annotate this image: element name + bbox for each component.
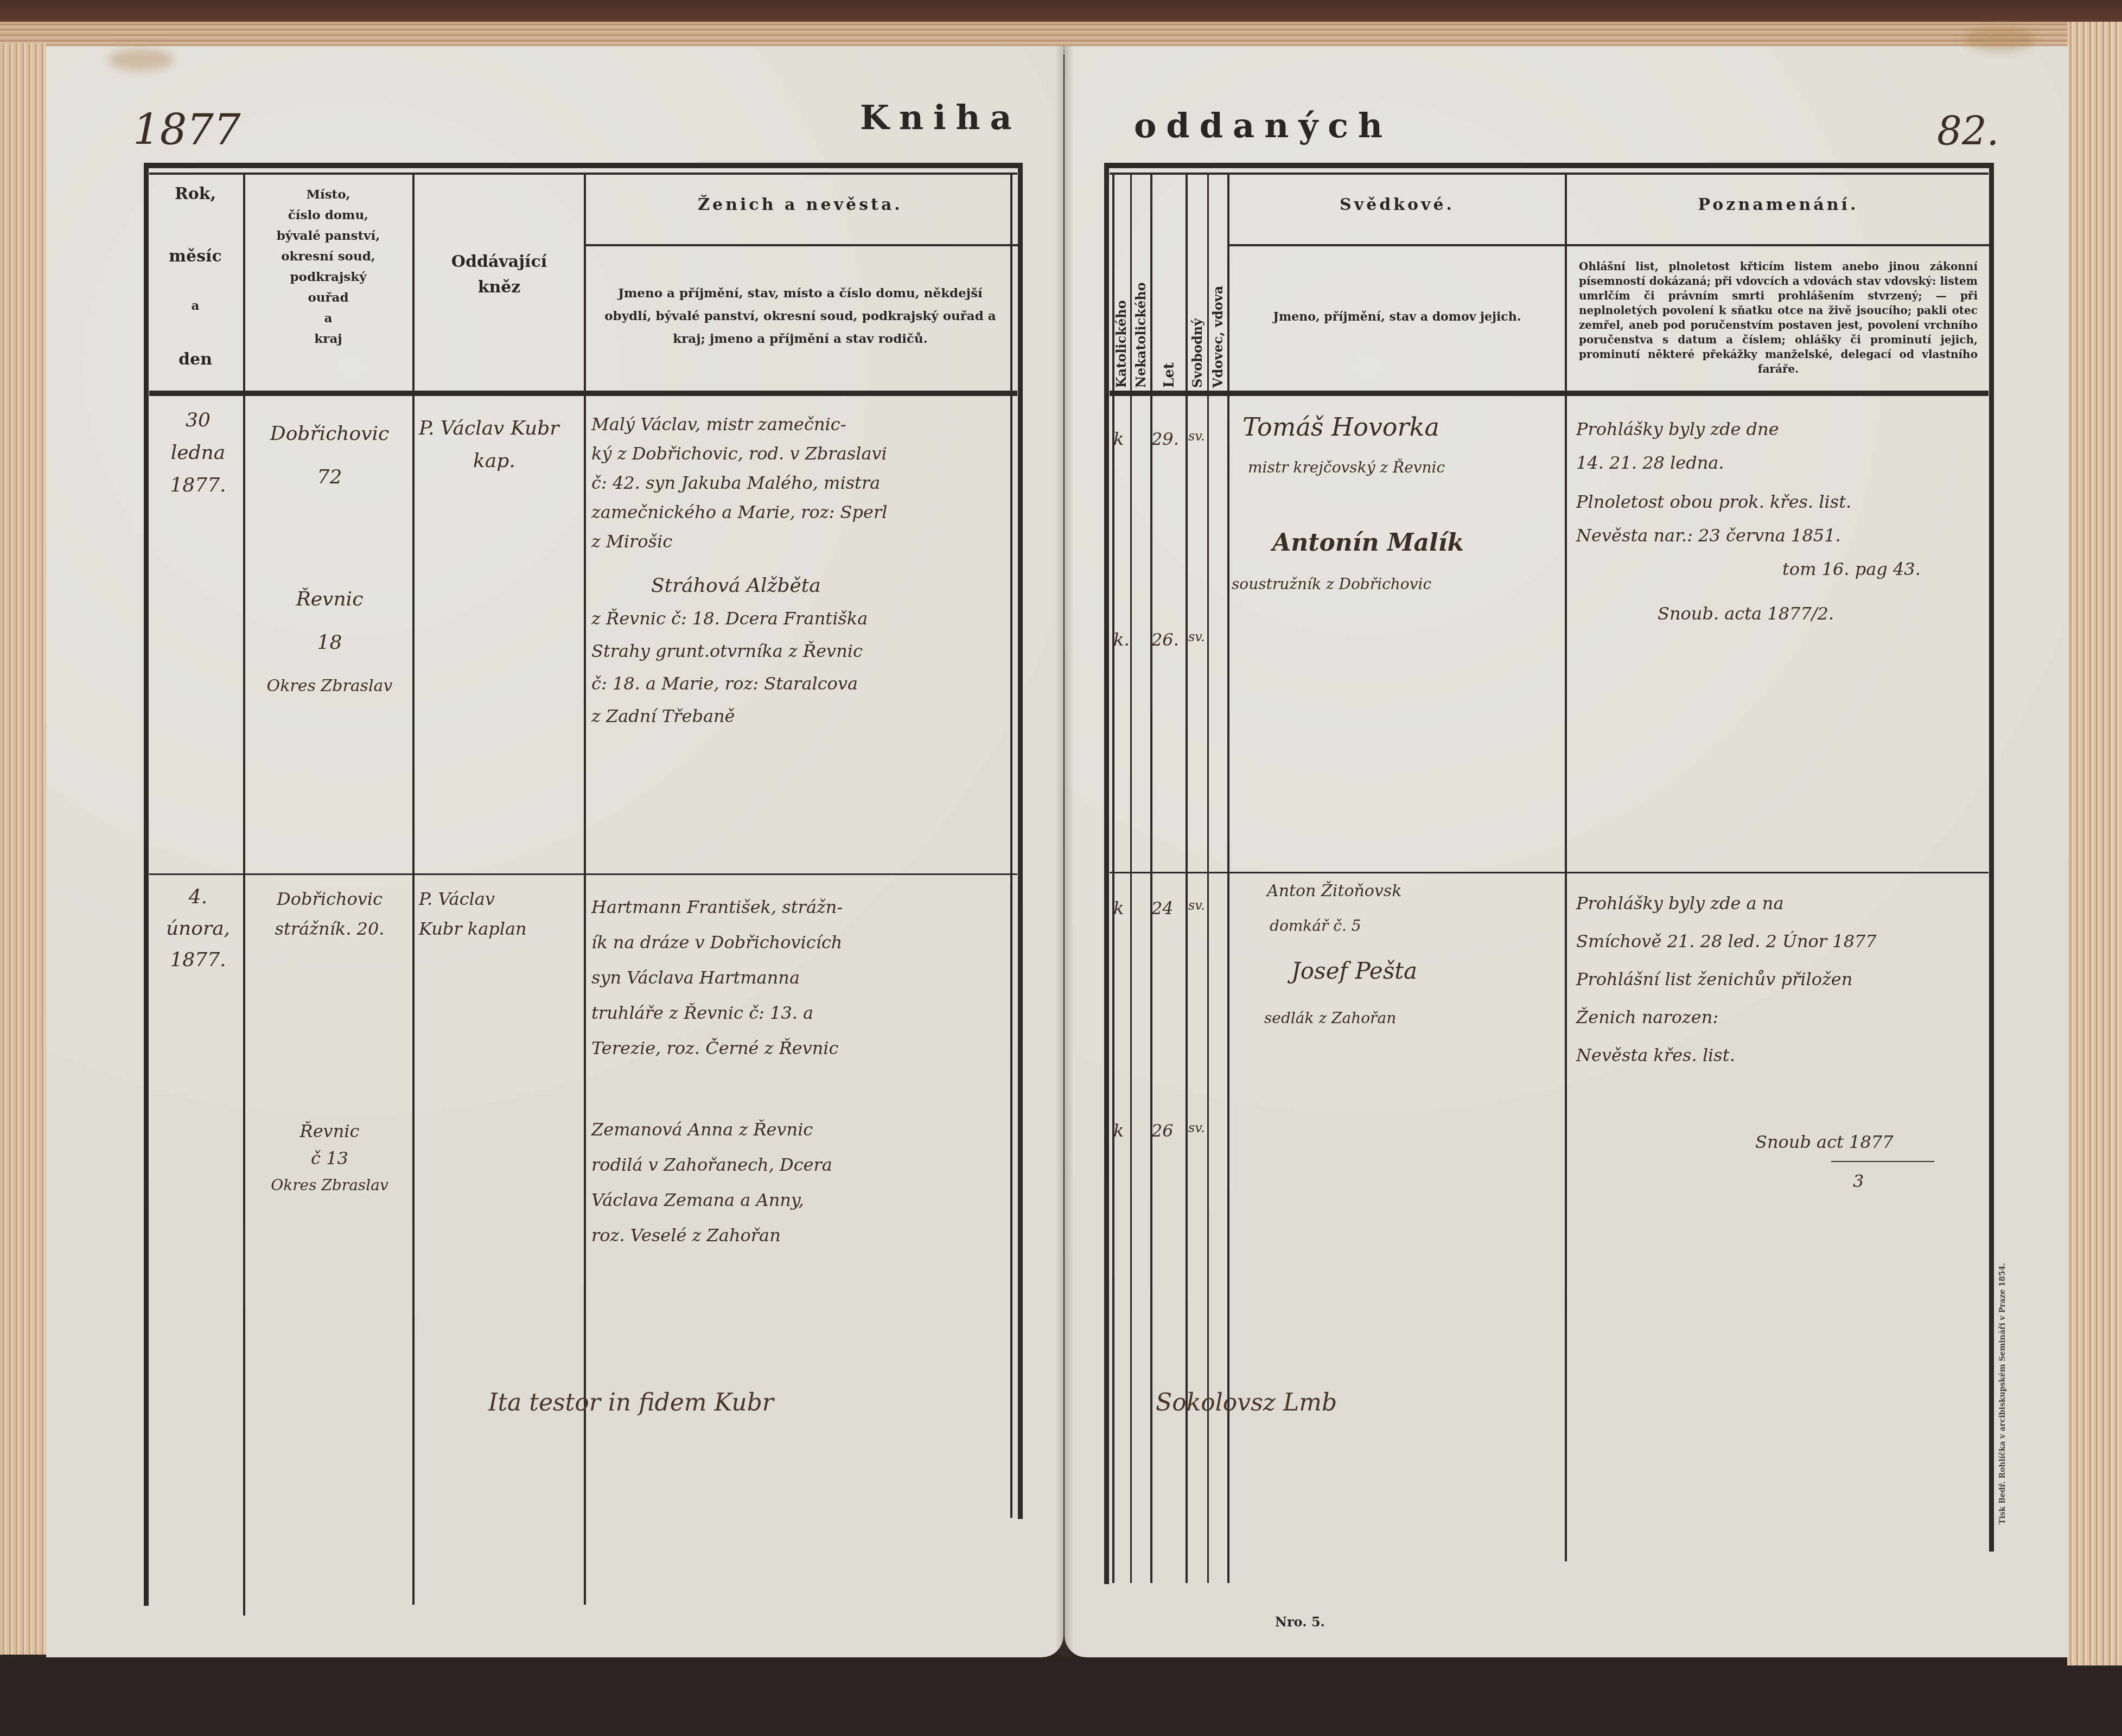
entry-bride-details: Zemanová Anna z Řevnic rodilá v Zahořane… bbox=[591, 1112, 1015, 1253]
bride-age: 26 bbox=[1151, 1120, 1174, 1141]
header-notes-description: Ohlášní list, plnoletost křticím listem … bbox=[1579, 259, 1978, 376]
form-number: Nro. 5. bbox=[1275, 1614, 1325, 1630]
witness-name: Antonín Malík bbox=[1272, 529, 1464, 557]
groom-age: 29. bbox=[1151, 429, 1179, 449]
header-couple-title: Ženich a nevěsta. bbox=[589, 195, 1012, 214]
header-age: Let bbox=[1161, 347, 1177, 388]
water-stain bbox=[1964, 27, 2035, 52]
header-witnesses-title: Svědkové. bbox=[1232, 195, 1563, 214]
witness-name: Josef Pešta bbox=[1291, 958, 1417, 984]
groom-religion: k bbox=[1113, 898, 1124, 918]
witness-description: mistr krejčovský z Řevnic bbox=[1248, 458, 1445, 476]
entry-groom-details: Malý Václav, mistr zamečnic- ký z Dobřic… bbox=[591, 410, 1015, 556]
signature-left: Ita testor in fidem Kubr bbox=[488, 1389, 774, 1416]
entry-notes: Prohlášky byly zde a na Smíchově 21. 28 … bbox=[1576, 884, 1983, 1200]
entry-notes: Prohlášky byly zde dne 14. 21. 28 ledna.… bbox=[1576, 412, 1983, 630]
entry-groom-place: Dobřichovic strážník. 20. bbox=[250, 884, 410, 944]
header-single: Svobodný bbox=[1189, 309, 1205, 388]
bride-religion: k bbox=[1113, 1120, 1124, 1141]
witness-name: Tomáš Hovorka bbox=[1242, 412, 1439, 442]
header-place: Místo, číslo domu, bývalé panství, okres… bbox=[247, 184, 410, 349]
header-witnesses-description: Jmeno, příjmění, stav a domov jejich. bbox=[1234, 307, 1560, 327]
entry-bride-place: Řevnic č 13 Okres Zbraslav bbox=[250, 1118, 410, 1199]
entry-bride-place: Řevnic 18 Okres Zbraslav bbox=[250, 578, 410, 708]
groom-religion: k bbox=[1113, 429, 1124, 449]
witness-name: Anton Žitoňovsk bbox=[1267, 882, 1401, 901]
witness-description: domkář č. 5 bbox=[1270, 917, 1361, 935]
header-noncatholic: Nekatolického bbox=[1133, 255, 1149, 388]
header-widowed: Vdovec, vdova bbox=[1210, 266, 1226, 388]
book-title-right: oddaných bbox=[1134, 106, 1392, 145]
printer-imprint: Tisk Bedř. Rohlíčka v arcibiskupském Sem… bbox=[1998, 1297, 2007, 1524]
entry-groom-details: Hartmann František, strážn- ík na dráze … bbox=[591, 890, 1015, 1066]
header-catholic: Katolického bbox=[1113, 271, 1129, 388]
header-notes-title: Poznamenání. bbox=[1571, 195, 1986, 214]
groom-status: sv. bbox=[1188, 429, 1205, 444]
bride-status: sv. bbox=[1188, 629, 1205, 644]
entry-priest: P. Václav Kubr kap. bbox=[419, 412, 582, 477]
header-couple-description: Jmeno a příjmění, stav, místo a číslo do… bbox=[594, 282, 1006, 350]
entry-bride-details: Stráhová Alžběta z Řevnic č: 18. Dcera F… bbox=[591, 570, 1015, 732]
entry-priest: P. Václav Kubr kaplan bbox=[419, 884, 582, 944]
bride-status: sv. bbox=[1188, 1120, 1205, 1135]
signature-right: Sokolovsz Lmb bbox=[1156, 1389, 1337, 1416]
page-edges-left bbox=[0, 43, 46, 1655]
water-stain bbox=[109, 49, 174, 71]
page-edges-right bbox=[2067, 22, 2122, 1665]
page-number: 82. bbox=[1937, 108, 1999, 154]
header-and: a bbox=[149, 296, 241, 316]
book-title-left: Kniha bbox=[860, 98, 1022, 137]
bride-religion: k. bbox=[1113, 629, 1130, 650]
header-year: Rok, bbox=[149, 184, 241, 203]
witness-description: soustružník z Dobřichovic bbox=[1232, 575, 1431, 593]
header-month: měsíc bbox=[149, 247, 241, 266]
header-priest: Oddávající kněz bbox=[418, 252, 581, 297]
entry-date: 4. února, 1877. bbox=[155, 882, 241, 976]
entry-date: 30 ledna 1877. bbox=[155, 404, 241, 502]
groom-age: 24 bbox=[1151, 898, 1174, 918]
bride-age: 26. bbox=[1151, 629, 1179, 650]
header-day: den bbox=[149, 350, 241, 369]
groom-status: sv. bbox=[1188, 898, 1205, 913]
entry-groom-place: Dobřichovic 72 bbox=[250, 412, 410, 499]
book-gutter bbox=[1055, 46, 1074, 1657]
year-annotation: 1877 bbox=[133, 106, 241, 155]
witness-description: sedlák z Zahořan bbox=[1264, 1009, 1396, 1027]
